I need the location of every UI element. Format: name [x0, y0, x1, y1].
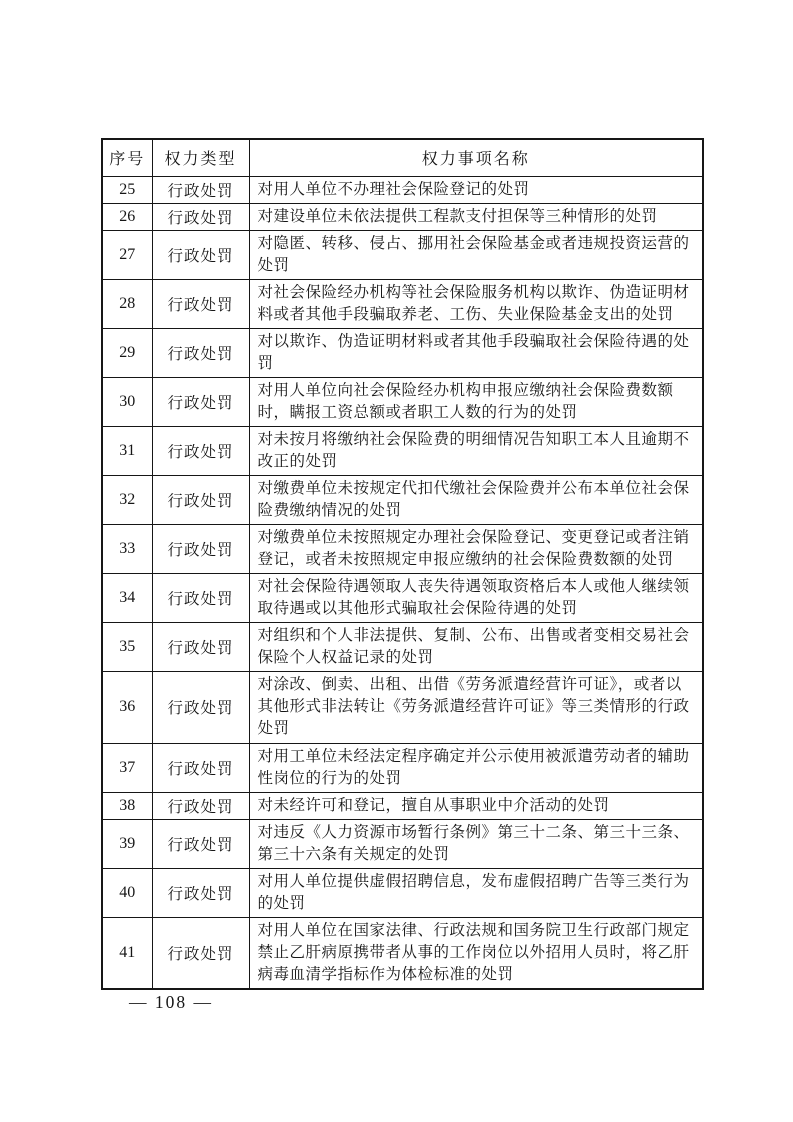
row-number: 37 — [102, 743, 152, 792]
row-number: 41 — [102, 917, 152, 989]
table-row: 30 行政处罚 对用人单位向社会保险经办机构申报应缴纳社会保险费数额时，瞒报工资… — [102, 377, 703, 426]
row-number: 36 — [102, 671, 152, 743]
power-item-name: 对用人单位不办理社会保险登记的处罚 — [249, 176, 703, 203]
power-type: 行政处罚 — [152, 573, 249, 622]
row-number: 38 — [102, 792, 152, 819]
power-item-name: 对用工单位未经法定程序确定并公示使用被派遣劳动者的辅助性岗位的行为的处罚 — [249, 743, 703, 792]
row-number: 35 — [102, 622, 152, 671]
power-type: 行政处罚 — [152, 743, 249, 792]
header-serial-number: 序号 — [102, 139, 152, 176]
table-row: 32 行政处罚 对缴费单位未按规定代扣代缴社会保险费并公布本单位社会保险费缴纳情… — [102, 475, 703, 524]
power-item-name: 对隐匿、转移、侵占、挪用社会保险基金或者违规投资运营的处罚 — [249, 230, 703, 279]
power-type: 行政处罚 — [152, 868, 249, 917]
document-page: 序号 权力类型 权力事项名称 25 行政处罚 对用人单位不办理社会保险登记的处罚… — [0, 0, 793, 1122]
power-type: 行政处罚 — [152, 230, 249, 279]
power-item-name: 对用人单位向社会保险经办机构申报应缴纳社会保险费数额时，瞒报工资总额或者职工人数… — [249, 377, 703, 426]
power-type: 行政处罚 — [152, 671, 249, 743]
power-item-name: 对未经许可和登记，擅自从事职业中介活动的处罚 — [249, 792, 703, 819]
table-row: 27 行政处罚 对隐匿、转移、侵占、挪用社会保险基金或者违规投资运营的处罚 — [102, 230, 703, 279]
power-item-name: 对缴费单位未按规定代扣代缴社会保险费并公布本单位社会保险费缴纳情况的处罚 — [249, 475, 703, 524]
power-type: 行政处罚 — [152, 377, 249, 426]
header-power-item-name: 权力事项名称 — [249, 139, 703, 176]
power-item-name: 对缴费单位未按照规定办理社会保险登记、变更登记或者注销登记，或者未按照规定申报应… — [249, 524, 703, 573]
table-row: 37 行政处罚 对用工单位未经法定程序确定并公示使用被派遣劳动者的辅助性岗位的行… — [102, 743, 703, 792]
row-number: 29 — [102, 328, 152, 377]
power-type: 行政处罚 — [152, 176, 249, 203]
power-item-name: 对社会保险待遇领取人丧失待遇领取资格后本人或他人继续领取待遇或以其他形式骗取社会… — [249, 573, 703, 622]
row-number: 39 — [102, 819, 152, 868]
power-item-name: 对用人单位在国家法律、行政法规和国务院卫生行政部门规定禁止乙肝病原携带者从事的工… — [249, 917, 703, 989]
table-row: 40 行政处罚 对用人单位提供虚假招聘信息，发布虚假招聘广告等三类行为的处罚 — [102, 868, 703, 917]
power-item-name: 对涂改、倒卖、出租、出借《劳务派遣经营许可证》，或者以其他形式非法转让《劳务派遣… — [249, 671, 703, 743]
table-row: 41 行政处罚 对用人单位在国家法律、行政法规和国务院卫生行政部门规定禁止乙肝病… — [102, 917, 703, 989]
power-items-table: 序号 权力类型 权力事项名称 25 行政处罚 对用人单位不办理社会保险登记的处罚… — [101, 138, 704, 990]
row-number: 33 — [102, 524, 152, 573]
power-item-name: 对以欺诈、伪造证明材料或者其他手段骗取社会保险待遇的处罚 — [249, 328, 703, 377]
power-item-name: 对社会保险经办机构等社会保险服务机构以欺诈、伪造证明材料或者其他手段骗取养老、工… — [249, 279, 703, 328]
table-row: 34 行政处罚 对社会保险待遇领取人丧失待遇领取资格后本人或他人继续领取待遇或以… — [102, 573, 703, 622]
table-row: 25 行政处罚 对用人单位不办理社会保险登记的处罚 — [102, 176, 703, 203]
power-item-name: 对违反《人力资源市场暂行条例》第三十二条、第三十三条、第三十六条有关规定的处罚 — [249, 819, 703, 868]
table-row: 33 行政处罚 对缴费单位未按照规定办理社会保险登记、变更登记或者注销登记，或者… — [102, 524, 703, 573]
table-row: 29 行政处罚 对以欺诈、伪造证明材料或者其他手段骗取社会保险待遇的处罚 — [102, 328, 703, 377]
table-row: 36 行政处罚 对涂改、倒卖、出租、出借《劳务派遣经营许可证》，或者以其他形式非… — [102, 671, 703, 743]
row-number: 26 — [102, 203, 152, 230]
power-item-name: 对组织和个人非法提供、复制、公布、出售或者变相交易社会保险个人权益记录的处罚 — [249, 622, 703, 671]
power-type: 行政处罚 — [152, 203, 249, 230]
power-item-name: 对建设单位未依法提供工程款支付担保等三种情形的处罚 — [249, 203, 703, 230]
power-item-name: 对未按月将缴纳社会保险费的明细情况告知职工本人且逾期不改正的处罚 — [249, 426, 703, 475]
row-number: 25 — [102, 176, 152, 203]
power-type: 行政处罚 — [152, 328, 249, 377]
row-number: 31 — [102, 426, 152, 475]
power-type: 行政处罚 — [152, 622, 249, 671]
power-type: 行政处罚 — [152, 426, 249, 475]
power-type: 行政处罚 — [152, 279, 249, 328]
table-row: 31 行政处罚 对未按月将缴纳社会保险费的明细情况告知职工本人且逾期不改正的处罚 — [102, 426, 703, 475]
power-type: 行政处罚 — [152, 917, 249, 989]
table-row: 35 行政处罚 对组织和个人非法提供、复制、公布、出售或者变相交易社会保险个人权… — [102, 622, 703, 671]
table-row: 38 行政处罚 对未经许可和登记，擅自从事职业中介活动的处罚 — [102, 792, 703, 819]
row-number: 28 — [102, 279, 152, 328]
page-number: — 108 — — [129, 992, 213, 1013]
table-row: 28 行政处罚 对社会保险经办机构等社会保险服务机构以欺诈、伪造证明材料或者其他… — [102, 279, 703, 328]
table-row: 26 行政处罚 对建设单位未依法提供工程款支付担保等三种情形的处罚 — [102, 203, 703, 230]
row-number: 27 — [102, 230, 152, 279]
header-power-type: 权力类型 — [152, 139, 249, 176]
power-item-name: 对用人单位提供虚假招聘信息，发布虚假招聘广告等三类行为的处罚 — [249, 868, 703, 917]
power-type: 行政处罚 — [152, 524, 249, 573]
power-type: 行政处罚 — [152, 792, 249, 819]
table-row: 39 行政处罚 对违反《人力资源市场暂行条例》第三十二条、第三十三条、第三十六条… — [102, 819, 703, 868]
row-number: 32 — [102, 475, 152, 524]
power-type: 行政处罚 — [152, 475, 249, 524]
row-number: 30 — [102, 377, 152, 426]
row-number: 40 — [102, 868, 152, 917]
table-header-row: 序号 权力类型 权力事项名称 — [102, 139, 703, 176]
power-type: 行政处罚 — [152, 819, 249, 868]
row-number: 34 — [102, 573, 152, 622]
